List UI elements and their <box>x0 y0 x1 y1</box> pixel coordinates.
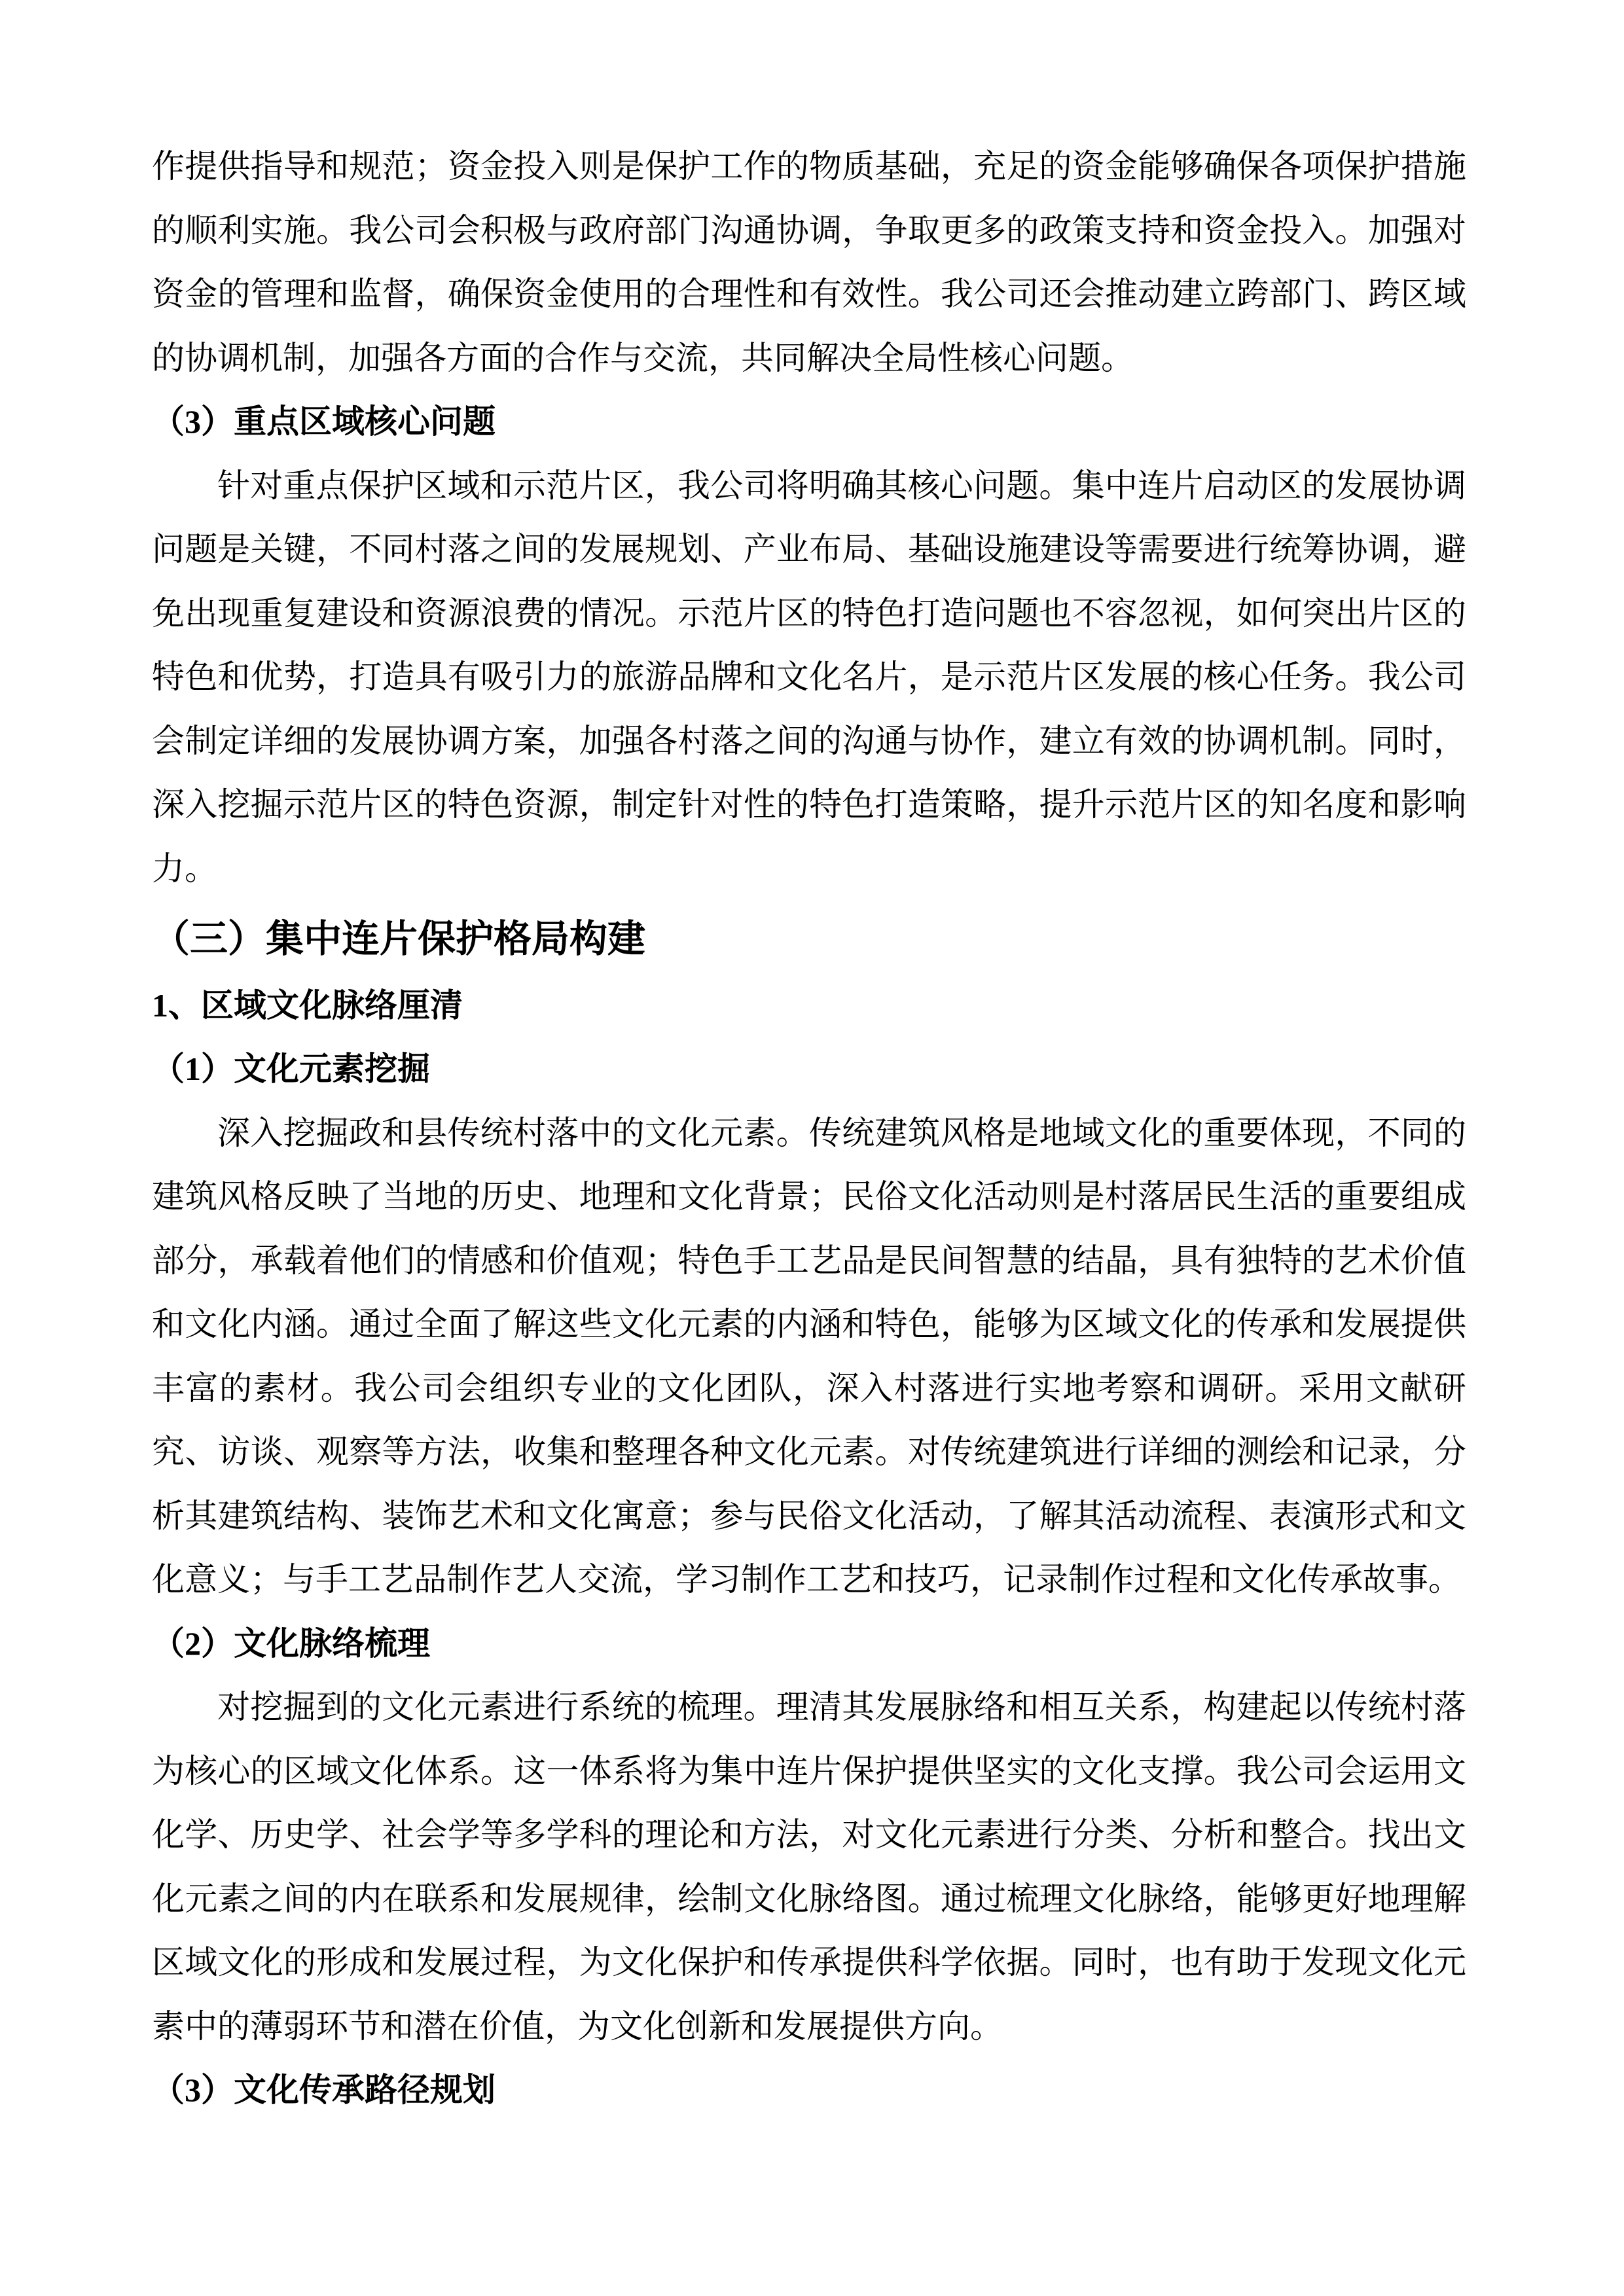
paragraph-key-region-core-issues: 针对重点保护区域和示范片区，我公司将明确其核心问题。集中连片启动区的发展协调问题… <box>152 454 1466 901</box>
paragraph-cultural-context-combing: 对挖掘到的文化元素进行系统的梳理。理清其发展脉络和相互关系，构建起以传统村落为核… <box>152 1676 1466 2058</box>
paragraph-continued-funding-coordination: 作提供指导和规范；资金投入则是保护工作的物质基础，充足的资金能够确保各项保护措施… <box>152 135 1466 390</box>
heading-cultural-elements-excavation: （1）文化元素挖掘 <box>152 1037 1466 1102</box>
heading-cultural-inheritance-path-planning: （3）文化传承路径规划 <box>152 2058 1466 2123</box>
document-page: 作提供指导和规范；资金投入则是保护工作的物质基础，充足的资金能够确保各项保护措施… <box>0 0 1624 2296</box>
paragraph-cultural-elements-excavation: 深入挖掘政和县传统村落中的文化元素。传统建筑风格是地域文化的重要体现，不同的建筑… <box>152 1102 1466 1612</box>
heading-section-contiguous-protection-structure: （三）集中连片保护格局构建 <box>152 907 1466 971</box>
heading-cultural-context-combing: （2）文化脉络梳理 <box>152 1612 1466 1676</box>
heading-key-region-core-issues: （3）重点区域核心问题 <box>152 390 1466 454</box>
heading-regional-culture-context-clarification: 1、区域文化脉络厘清 <box>152 974 1466 1038</box>
